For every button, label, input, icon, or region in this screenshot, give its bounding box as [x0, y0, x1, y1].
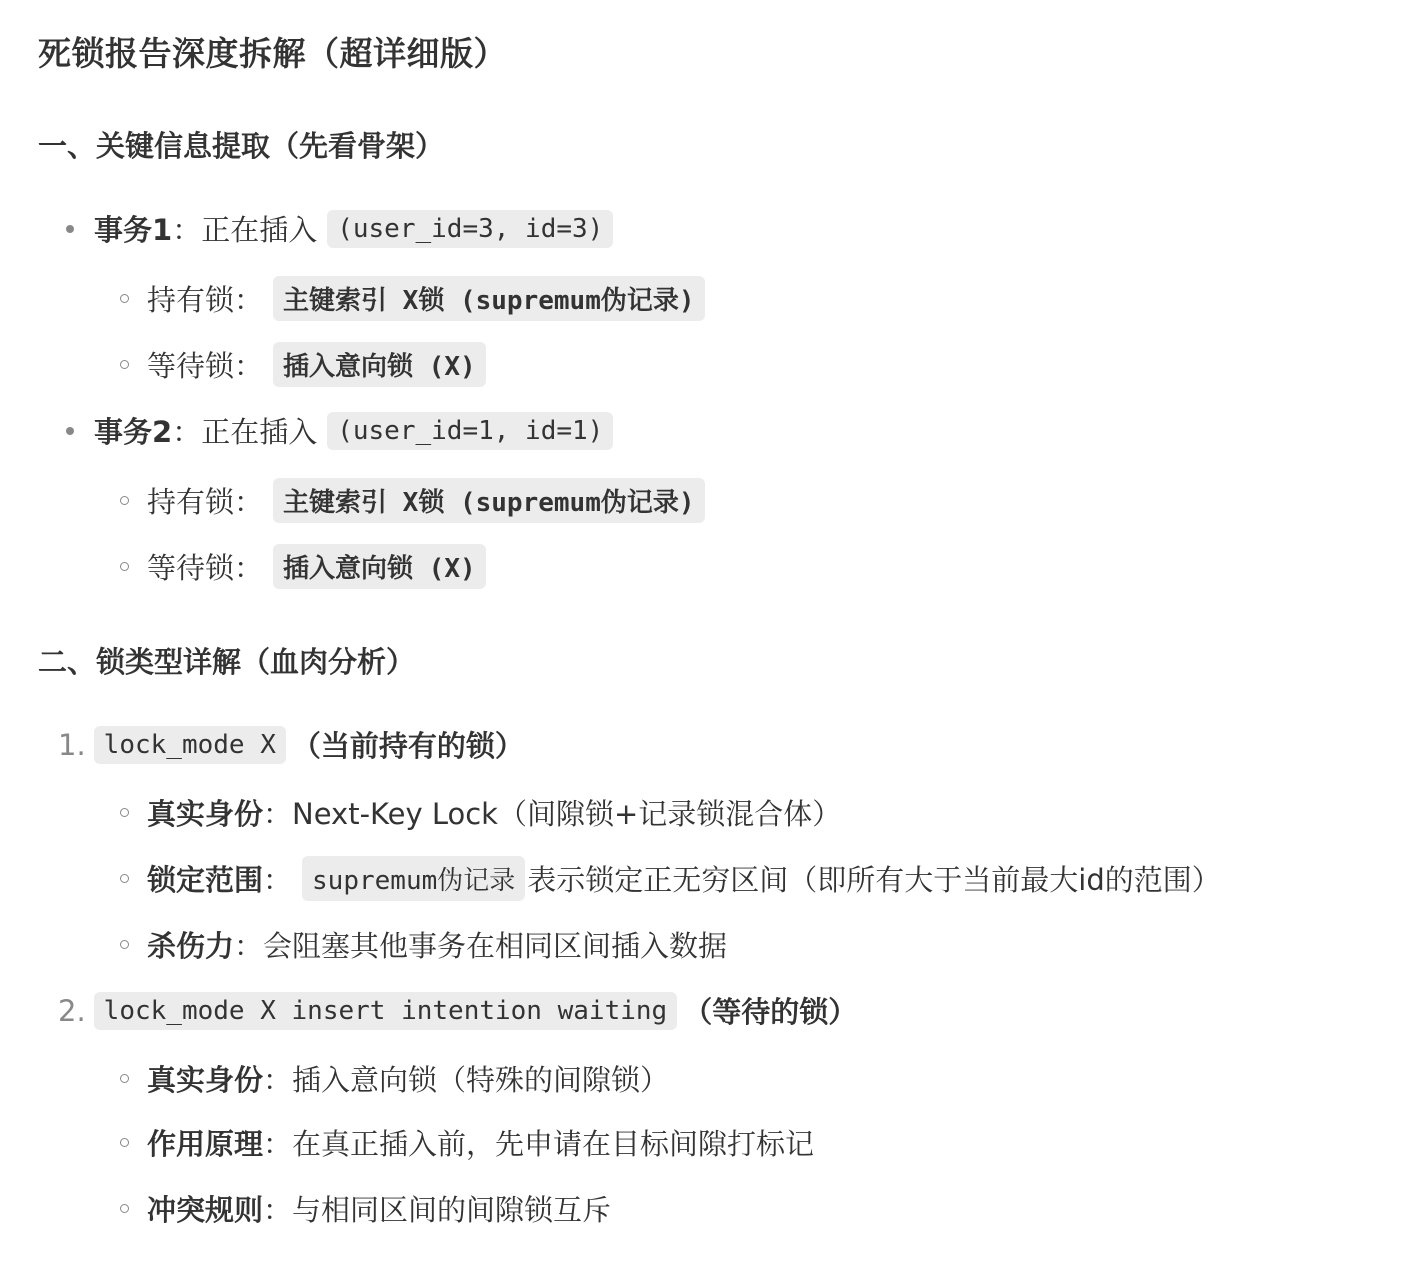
bullet-circle-icon [120, 360, 129, 369]
inline-code: lock_mode X insert intention waiting [94, 992, 678, 1030]
transaction-label: 事务2 [94, 410, 172, 451]
list-number: 1. [58, 728, 86, 762]
section-heading-1: 一、关键信息提取（先看骨架） [38, 124, 444, 165]
list-item-held-lock-2: 持有锁： 主键索引 X锁 (supremum伪记录) [120, 478, 705, 523]
list-item-detail: 冲突规则 ： 与相同区间的间隙锁互斥 [120, 1188, 611, 1229]
transaction-label: 事务1 [94, 208, 172, 249]
detail-text: 插入意向锁（特殊的间隙锁） [292, 1058, 669, 1099]
detail-label: 杀伤力 [147, 924, 234, 965]
item-suffix: （当前持有的锁） [292, 724, 524, 765]
wait-lock-label: 等待锁： [147, 546, 263, 587]
detail-text: 会阻塞其他事务在相同区间插入数据 [263, 924, 727, 965]
list-item-transaction-1: 事务1 ： 正在插入 (user_id=3, id=3) [66, 208, 613, 249]
section-heading-2: 二、锁类型详解（血肉分析） [38, 640, 415, 681]
inline-code: (user_id=3, id=3) [327, 210, 613, 248]
list-item-wait-lock-1: 等待锁： 插入意向锁 (X) [120, 342, 486, 387]
ordered-item-1: 1. lock_mode X （当前持有的锁） [58, 724, 524, 765]
detail-text: 与相同区间的间隙锁互斥 [292, 1188, 611, 1229]
bullet-circle-icon [120, 940, 129, 949]
bullet-circle-icon [120, 562, 129, 571]
detail-label: 真实身份 [147, 1058, 263, 1099]
separator: ： [172, 410, 201, 451]
inline-code: 主键索引 X锁 (supremum伪记录) [273, 478, 705, 523]
inline-code: lock_mode X [94, 726, 286, 764]
detail-text: 表示锁定正无穷区间（即所有大于当前最大id的范围） [527, 858, 1220, 899]
bullet-circle-icon [120, 1204, 129, 1213]
bullet-circle-icon [120, 496, 129, 505]
detail-label: 作用原理 [147, 1122, 263, 1163]
list-item-detail: 真实身份 ： 插入意向锁（特殊的间隙锁） [120, 1058, 669, 1099]
list-number: 2. [58, 994, 86, 1028]
list-item-detail: 锁定范围 ： supremum伪记录 表示锁定正无穷区间（即所有大于当前最大id… [120, 856, 1221, 901]
detail-label: 冲突规则 [147, 1188, 263, 1229]
separator: ： [172, 208, 201, 249]
separator: ： [263, 1188, 292, 1229]
bullet-circle-icon [120, 808, 129, 817]
inline-code: supremum伪记录 [302, 856, 525, 901]
inline-code: 插入意向锁 (X) [273, 544, 486, 589]
detail-label: 锁定范围 [147, 858, 263, 899]
page-title: 死锁报告深度拆解（超详细版） [38, 28, 507, 75]
separator: ： [263, 1058, 292, 1099]
held-lock-label: 持有锁： [147, 480, 263, 521]
bullet-circle-icon [120, 294, 129, 303]
list-item-wait-lock-2: 等待锁： 插入意向锁 (X) [120, 544, 486, 589]
bullet-circle-icon [120, 874, 129, 883]
item-suffix: （等待的锁） [683, 990, 857, 1031]
inline-code: (user_id=1, id=1) [327, 412, 613, 450]
separator: ： [234, 924, 263, 965]
bullet-circle-icon [120, 1074, 129, 1083]
separator: ： [263, 858, 292, 899]
transaction-text: 正在插入 [201, 410, 317, 451]
list-item-transaction-2: 事务2 ： 正在插入 (user_id=1, id=1) [66, 410, 613, 451]
inline-code: 主键索引 X锁 (supremum伪记录) [273, 276, 705, 321]
held-lock-label: 持有锁： [147, 278, 263, 319]
bullet-disc-icon [66, 225, 74, 233]
list-item-detail: 真实身份 ： Next-Key Lock（间隙锁+记录锁混合体） [120, 792, 841, 833]
bullet-circle-icon [120, 1138, 129, 1147]
wait-lock-label: 等待锁： [147, 344, 263, 385]
inline-code: 插入意向锁 (X) [273, 342, 486, 387]
separator: ： [263, 1122, 292, 1163]
detail-text: 在真正插入前，先申请在目标间隙打标记 [292, 1122, 814, 1163]
ordered-item-2: 2. lock_mode X insert intention waiting … [58, 990, 857, 1031]
detail-text: Next-Key Lock（间隙锁+记录锁混合体） [292, 792, 841, 833]
bullet-disc-icon [66, 427, 74, 435]
list-item-detail: 作用原理 ： 在真正插入前，先申请在目标间隙打标记 [120, 1122, 814, 1163]
separator: ： [263, 792, 292, 833]
transaction-text: 正在插入 [201, 208, 317, 249]
list-item-held-lock-1: 持有锁： 主键索引 X锁 (supremum伪记录) [120, 276, 705, 321]
list-item-detail: 杀伤力 ： 会阻塞其他事务在相同区间插入数据 [120, 924, 727, 965]
detail-label: 真实身份 [147, 792, 263, 833]
